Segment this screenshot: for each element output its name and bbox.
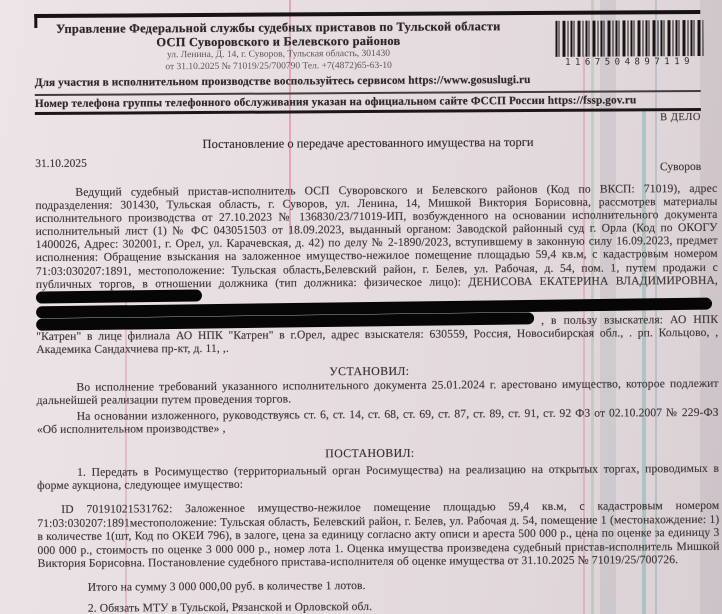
body-paragraph-1: Ведущий судебный пристав-исполнитель ОСП… xyxy=(35,182,718,356)
redaction-bar xyxy=(36,289,202,303)
total-line: Итого на сумму 3 000 000,00 руб. в колич… xyxy=(38,577,720,594)
org-name-line1: Управление Федеральной службы судебных п… xyxy=(38,19,518,36)
lot-description-paragraph: ID 70191021531762: Заложенное имущество-… xyxy=(37,499,719,571)
org-name-line2: ОСП Суворовского и Белевского районов xyxy=(38,33,518,50)
letterhead: Управление Федеральной службы судебных п… xyxy=(38,19,518,73)
org-reference-line: от 31.10.2025 № 71019/25/700790 Тел. +7(… xyxy=(39,60,519,73)
gosuslugi-notice: Для участия в исполнительном производств… xyxy=(35,73,701,89)
document-title: Постановление о передаче арестованного и… xyxy=(35,134,701,153)
scanned-document-page: Управление Федеральной службы судебных п… xyxy=(0,0,722,614)
ustanovil-paragraph: Во исполнение требований указанного испо… xyxy=(36,377,718,407)
item2-paragraph-cutoff: 2. Обязать МТУ в Тульской, Рязанской и О… xyxy=(38,598,720,614)
document-city: Суворов xyxy=(35,161,701,177)
document-content: Управление Федеральной службы судебных п… xyxy=(0,0,722,614)
barcode: 1167504897119 xyxy=(554,20,704,68)
paragraph1-text-before-redaction: Ведущий судебный пристав-исполнитель ОСП… xyxy=(35,182,718,291)
barcode-digits: 1167504897119 xyxy=(555,57,705,68)
transfer-item-paragraph: 1. Передать в Росимущество (территориаль… xyxy=(37,462,719,492)
postanovil-heading: ПОСТАНОВИЛ: xyxy=(37,444,703,463)
barcode-image xyxy=(555,20,703,57)
page-top-border xyxy=(34,10,700,18)
page-top-border-tick xyxy=(34,14,37,28)
legal-basis-paragraph: На основании изложенного, руководствуясь… xyxy=(37,406,719,436)
v-delo-stamp: В ДЕЛО xyxy=(401,112,701,125)
